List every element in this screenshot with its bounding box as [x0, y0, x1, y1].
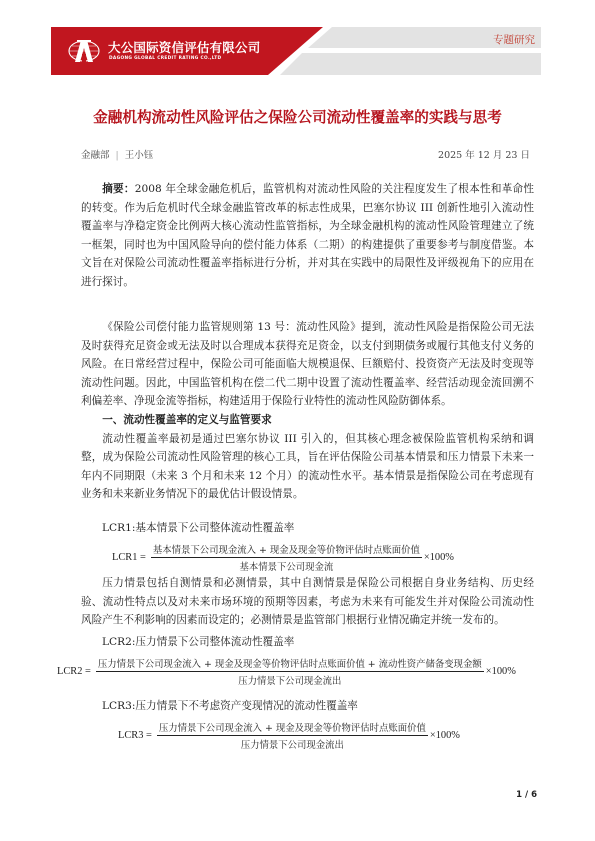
- formula-lhs: LCR3 =: [118, 730, 152, 741]
- formula-lhs: LCR1 =: [112, 552, 146, 563]
- formula-multiplier: ×100%: [486, 666, 516, 677]
- abstract: 摘要：2008 年全球金融危机后，监管机构对流动性风险的关注程度发生了根本性和革…: [81, 180, 534, 292]
- abstract-label: 摘要：: [102, 183, 135, 195]
- department: 金融部: [81, 150, 110, 161]
- body-section-stress: 压力情景包括自测情景和必测情景，其中自测情景是保险公司根据自身业务结构、历史经验…: [81, 574, 534, 630]
- body-section-intro: 《保险公司偿付能力监管规则第 13 号：流动性风险》提到，流动性风险是指保险公司…: [81, 318, 534, 504]
- formula-label-lcr1: LCR1:基本情景下公司整体流动性覆盖率: [102, 520, 294, 535]
- formula-lcr3: LCR3 = 压力情景下公司现金流入 + 现金及现金等价物评估时点账面价值 压力…: [118, 720, 460, 751]
- separator: |: [116, 150, 119, 161]
- page-number: 1 / 6: [516, 790, 537, 800]
- document-title: 金融机构流动性风险评估之保险公司流动性覆盖率的实践与思考: [0, 106, 595, 127]
- author-line: 金融部|王小钰: [81, 147, 153, 161]
- report-type-label: 专题研究: [493, 32, 535, 47]
- publish-date: 2025 年 12 月 23 日: [438, 147, 530, 161]
- formula-lhs: LCR2 =: [57, 666, 91, 677]
- formula-multiplier: ×100%: [424, 552, 454, 563]
- numerator: 压力情景下公司现金流入 + 现金及现金等价物评估时点账面价值: [157, 720, 428, 736]
- numerator: 基本情景下公司现金流入 + 现金及现金等价物评估时点账面价值: [151, 542, 422, 558]
- fraction: 基本情景下公司现金流入 + 现金及现金等价物评估时点账面价值 基本情景下公司现金…: [151, 542, 422, 573]
- formula-lcr2: LCR2 = 压力情景下公司现金流入 + 现金及现金等价物评估时点账面价值 + …: [57, 656, 516, 687]
- author: 王小钰: [125, 150, 154, 161]
- abstract-text: 2008 年全球金融危机后，监管机构对流动性风险的关注程度发生了根本性和革命性的…: [81, 183, 534, 288]
- denominator: 基本情景下公司现金流: [239, 558, 333, 573]
- denominator: 压力情景下公司现金流出: [241, 736, 344, 751]
- formula-label-lcr2: LCR2:压力情景下公司整体流动性覆盖率: [102, 634, 294, 649]
- formula-multiplier: ×100%: [430, 730, 460, 741]
- section-heading-1: 一、流动性覆盖率的定义与监管要求: [81, 411, 534, 430]
- denominator: 压力情景下公司现金流出: [238, 672, 341, 687]
- fraction: 压力情景下公司现金流入 + 现金及现金等价物评估时点账面价值 + 流动性资产储备…: [96, 656, 484, 687]
- company-name-cn: 大公国际资信评估有限公司: [108, 38, 260, 56]
- stress-paragraph: 压力情景包括自测情景和必测情景，其中自测情景是保险公司根据自身业务结构、历史经验…: [81, 574, 534, 630]
- section1-paragraph: 流动性覆盖率最初是通过巴塞尔协议 III 引入的，但其核心理念被保险监管机构采纳…: [81, 430, 534, 504]
- formula-lcr1: LCR1 = 基本情景下公司现金流入 + 现金及现金等价物评估时点账面价值 基本…: [112, 542, 454, 573]
- fraction: 压力情景下公司现金流入 + 现金及现金等价物评估时点账面价值 压力情景下公司现金…: [157, 720, 428, 751]
- company-name-en: DAGONG GLOBAL CREDIT RATING CO.,LTD: [109, 56, 221, 61]
- dagong-logo-icon: [69, 40, 99, 62]
- numerator: 压力情景下公司现金流入 + 现金及现金等价物评估时点账面价值 + 流动性资产储备…: [96, 656, 484, 672]
- intro-paragraph: 《保险公司偿付能力监管规则第 13 号：流动性风险》提到，流动性风险是指保险公司…: [81, 318, 534, 411]
- formula-label-lcr3: LCR3:压力情景下不考虑资产变现情况的流动性覆盖率: [102, 698, 358, 713]
- page-header: 大公国际资信评估有限公司 DAGONG GLOBAL CREDIT RATING…: [0, 0, 595, 80]
